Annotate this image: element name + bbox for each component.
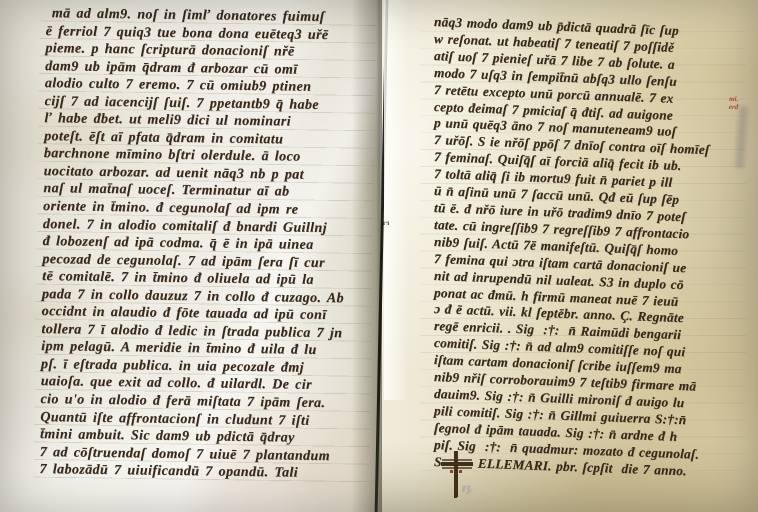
tiny-ink-marks: ı·ı: [383, 219, 389, 227]
left-page: mā ad alm9. noſ in ſimľ donatores fuimuſ…: [0, 0, 380, 512]
gutter-page-edge-highlight: [384, 0, 408, 400]
faint-purple-scribble: zʒ.: [462, 483, 474, 495]
right-page-text: nāq3 modo dam9 ub p̄dictā quadrā ſīc ſup…: [434, 14, 740, 470]
cross-dots: [450, 470, 453, 473]
manuscript-photo: mā ad alm9. noſ in ſimľ donatores fuimuſ…: [0, 0, 758, 512]
red-marginal-note: mī. erđ: [729, 96, 739, 111]
left-page-text: mā ad alm9. noſ in ſimľ donatores fuimuſ…: [33, 5, 376, 483]
